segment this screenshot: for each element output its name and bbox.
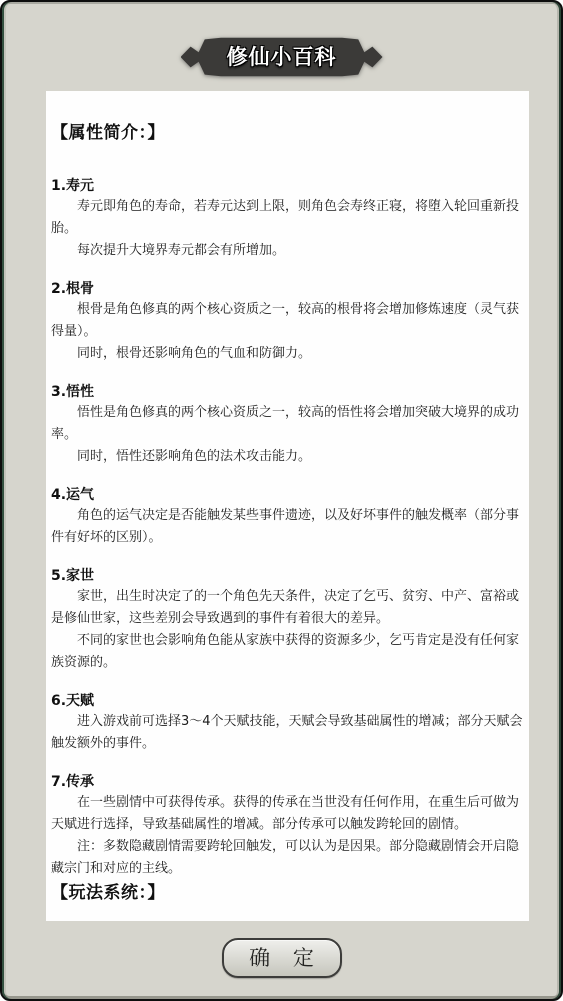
section-title: 【属性简介：】 — [51, 120, 524, 146]
section-title: 【玩法系统：】 — [51, 880, 524, 906]
item-paragraph: 进入游戏前可选择3～4个天赋技能，天赋会导致基础属性的增减；部分天赋会触发额外的… — [51, 711, 524, 755]
confirm-button-label: 确 定 — [249, 948, 322, 969]
item-paragraph: 同时，根骨还影响角色的气血和防御力。 — [51, 343, 524, 365]
item-heading: 5.家世 — [51, 566, 524, 586]
item-heading: 1.寿元 — [51, 176, 524, 196]
item-heading: 7.传承 — [51, 772, 524, 792]
attribute-item: 1.寿元寿元即角色的寿命，若寿元达到上限，则角色会寿终正寝，将堕入轮回重新投胎。… — [51, 176, 524, 262]
attribute-item: 7.传承在一些剧情中可获得传承。获得的传承在当世没有任何作用，在重生后可做为天赋… — [51, 772, 524, 880]
attribute-item: 5.家世家世，出生时决定了的一个角色先天条件，决定了乞丐、贫穷、中产、富裕或是修… — [51, 566, 524, 674]
title-banner: 修仙小百科 — [181, 37, 383, 77]
item-paragraph: 每次提升大境界寿元都会有所增加。 — [51, 240, 524, 262]
ink-banner-shape: 修仙小百科 — [181, 37, 383, 77]
page-title: 修仙小百科 — [227, 47, 337, 68]
item-paragraph: 注：多数隐藏剧情需要跨轮回触发，可以认为是因果。部分隐藏剧情会开启隐藏宗门和对应… — [51, 836, 524, 880]
item-heading: 3.悟性 — [51, 382, 524, 402]
item-paragraph: 不同的家世也会影响角色能从家族中获得的资源多少，乞丐肯定是没有任何家族资源的。 — [51, 630, 524, 674]
confirm-button[interactable]: 确 定 — [222, 938, 342, 978]
item-paragraph: 根骨是角色修真的两个核心资质之一，较高的根骨将会增加修炼速度（灵气获得量）。 — [51, 299, 524, 343]
item-paragraph: 悟性是角色修真的两个核心资质之一，较高的悟性将会增加突破大境界的成功率。 — [51, 402, 524, 446]
item-paragraph: 角色的运气决定是否能触发某些事件遗迹，以及好坏事件的触发概率（部分事件有好坏的区… — [51, 505, 524, 549]
attribute-item: 2.根骨根骨是角色修真的两个核心资质之一，较高的根骨将会增加修炼速度（灵气获得量… — [51, 279, 524, 365]
item-heading: 4.运气 — [51, 485, 524, 505]
item-heading: 2.根骨 — [51, 279, 524, 299]
attribute-item: 6.天赋进入游戏前可选择3～4个天赋技能，天赋会导致基础属性的增减；部分天赋会触… — [51, 691, 524, 755]
content-panel[interactable]: 【属性简介：】1.寿元寿元即角色的寿命，若寿元达到上限，则角色会寿终正寝，将堕入… — [46, 91, 529, 921]
item-paragraph: 同时，悟性还影响角色的法术攻击能力。 — [51, 446, 524, 468]
attribute-item: 3.悟性悟性是角色修真的两个核心资质之一，较高的悟性将会增加突破大境界的成功率。… — [51, 382, 524, 468]
attribute-item: 4.运气角色的运气决定是否能触发某些事件遗迹，以及好坏事件的触发概率（部分事件有… — [51, 485, 524, 549]
item-paragraph: 家世，出生时决定了的一个角色先天条件，决定了乞丐、贫穷、中产、富裕或是修仙世家，… — [51, 586, 524, 630]
item-paragraph: 在一些剧情中可获得传承。获得的传承在当世没有任何作用，在重生后可做为天赋进行选择… — [51, 792, 524, 836]
encyclopedia-window: 修仙小百科 【属性简介：】1.寿元寿元即角色的寿命，若寿元达到上限，则角色会寿终… — [0, 0, 563, 1001]
item-heading: 6.天赋 — [51, 691, 524, 711]
item-paragraph: 寿元即角色的寿命，若寿元达到上限，则角色会寿终正寝，将堕入轮回重新投胎。 — [51, 196, 524, 240]
